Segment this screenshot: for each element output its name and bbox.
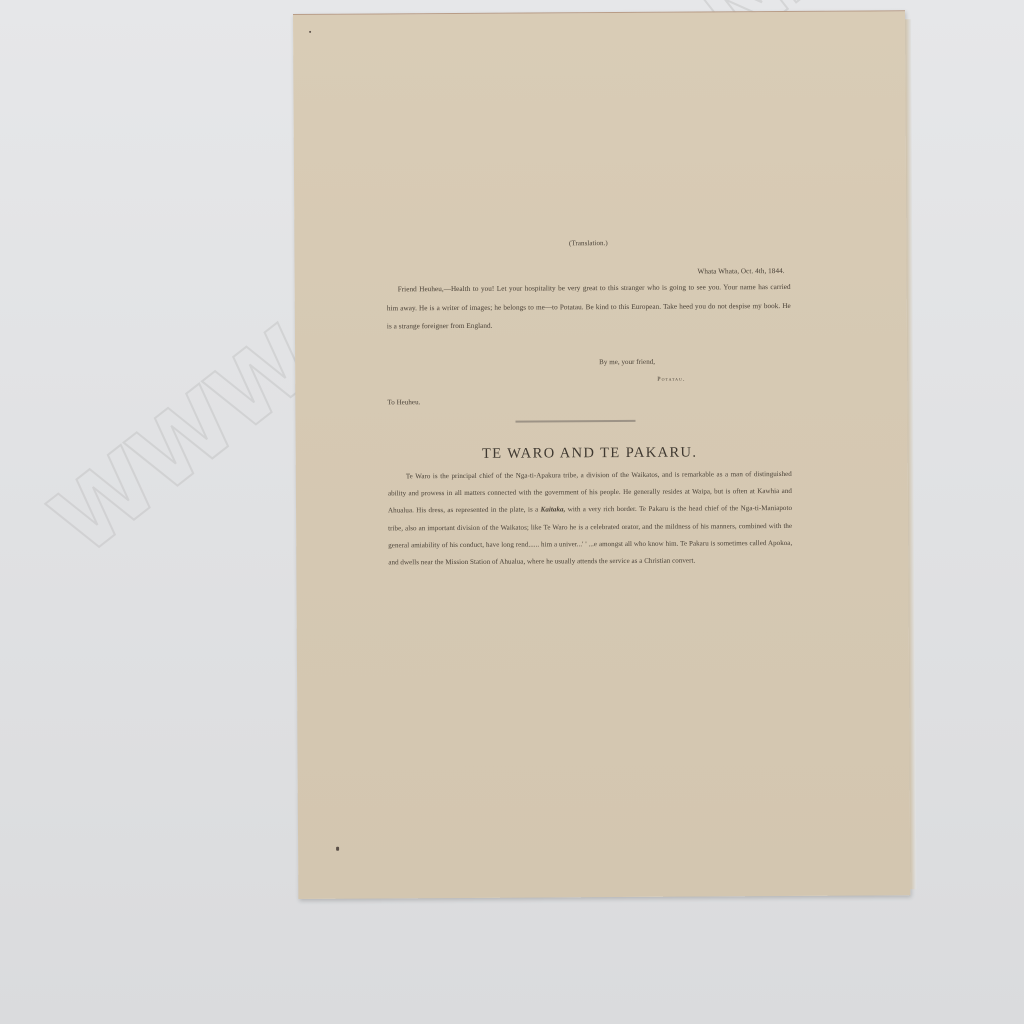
document-page: (Translation.) Whata Whata, Oct. 4th, 18…: [293, 10, 910, 899]
page-speck: [336, 847, 339, 851]
letter-addressee: To Heuheu.: [387, 393, 420, 412]
article-paragraph: Te Waro is the principal chief of the Ng…: [388, 466, 793, 572]
text-column: (Translation.) Whata Whata, Oct. 4th, 18…: [385, 12, 794, 898]
letter-signature: Potatau.: [657, 371, 685, 390]
article-body: Te Waro is the principal chief of the Ng…: [388, 466, 793, 572]
letter-body: Friend Heuheu,—Health to you! Let your h…: [387, 278, 791, 336]
section-divider: [515, 420, 635, 423]
letter-paragraph: Friend Heuheu,—Health to you! Let your h…: [387, 278, 791, 336]
article-italic-term: Kaitaka,: [541, 506, 566, 514]
translation-label: (Translation.): [386, 233, 790, 254]
page-speck: [309, 31, 311, 33]
article-heading: TE WARO AND TE PAKARU.: [388, 443, 792, 464]
letter-signoff: By me, your friend,: [599, 353, 655, 372]
